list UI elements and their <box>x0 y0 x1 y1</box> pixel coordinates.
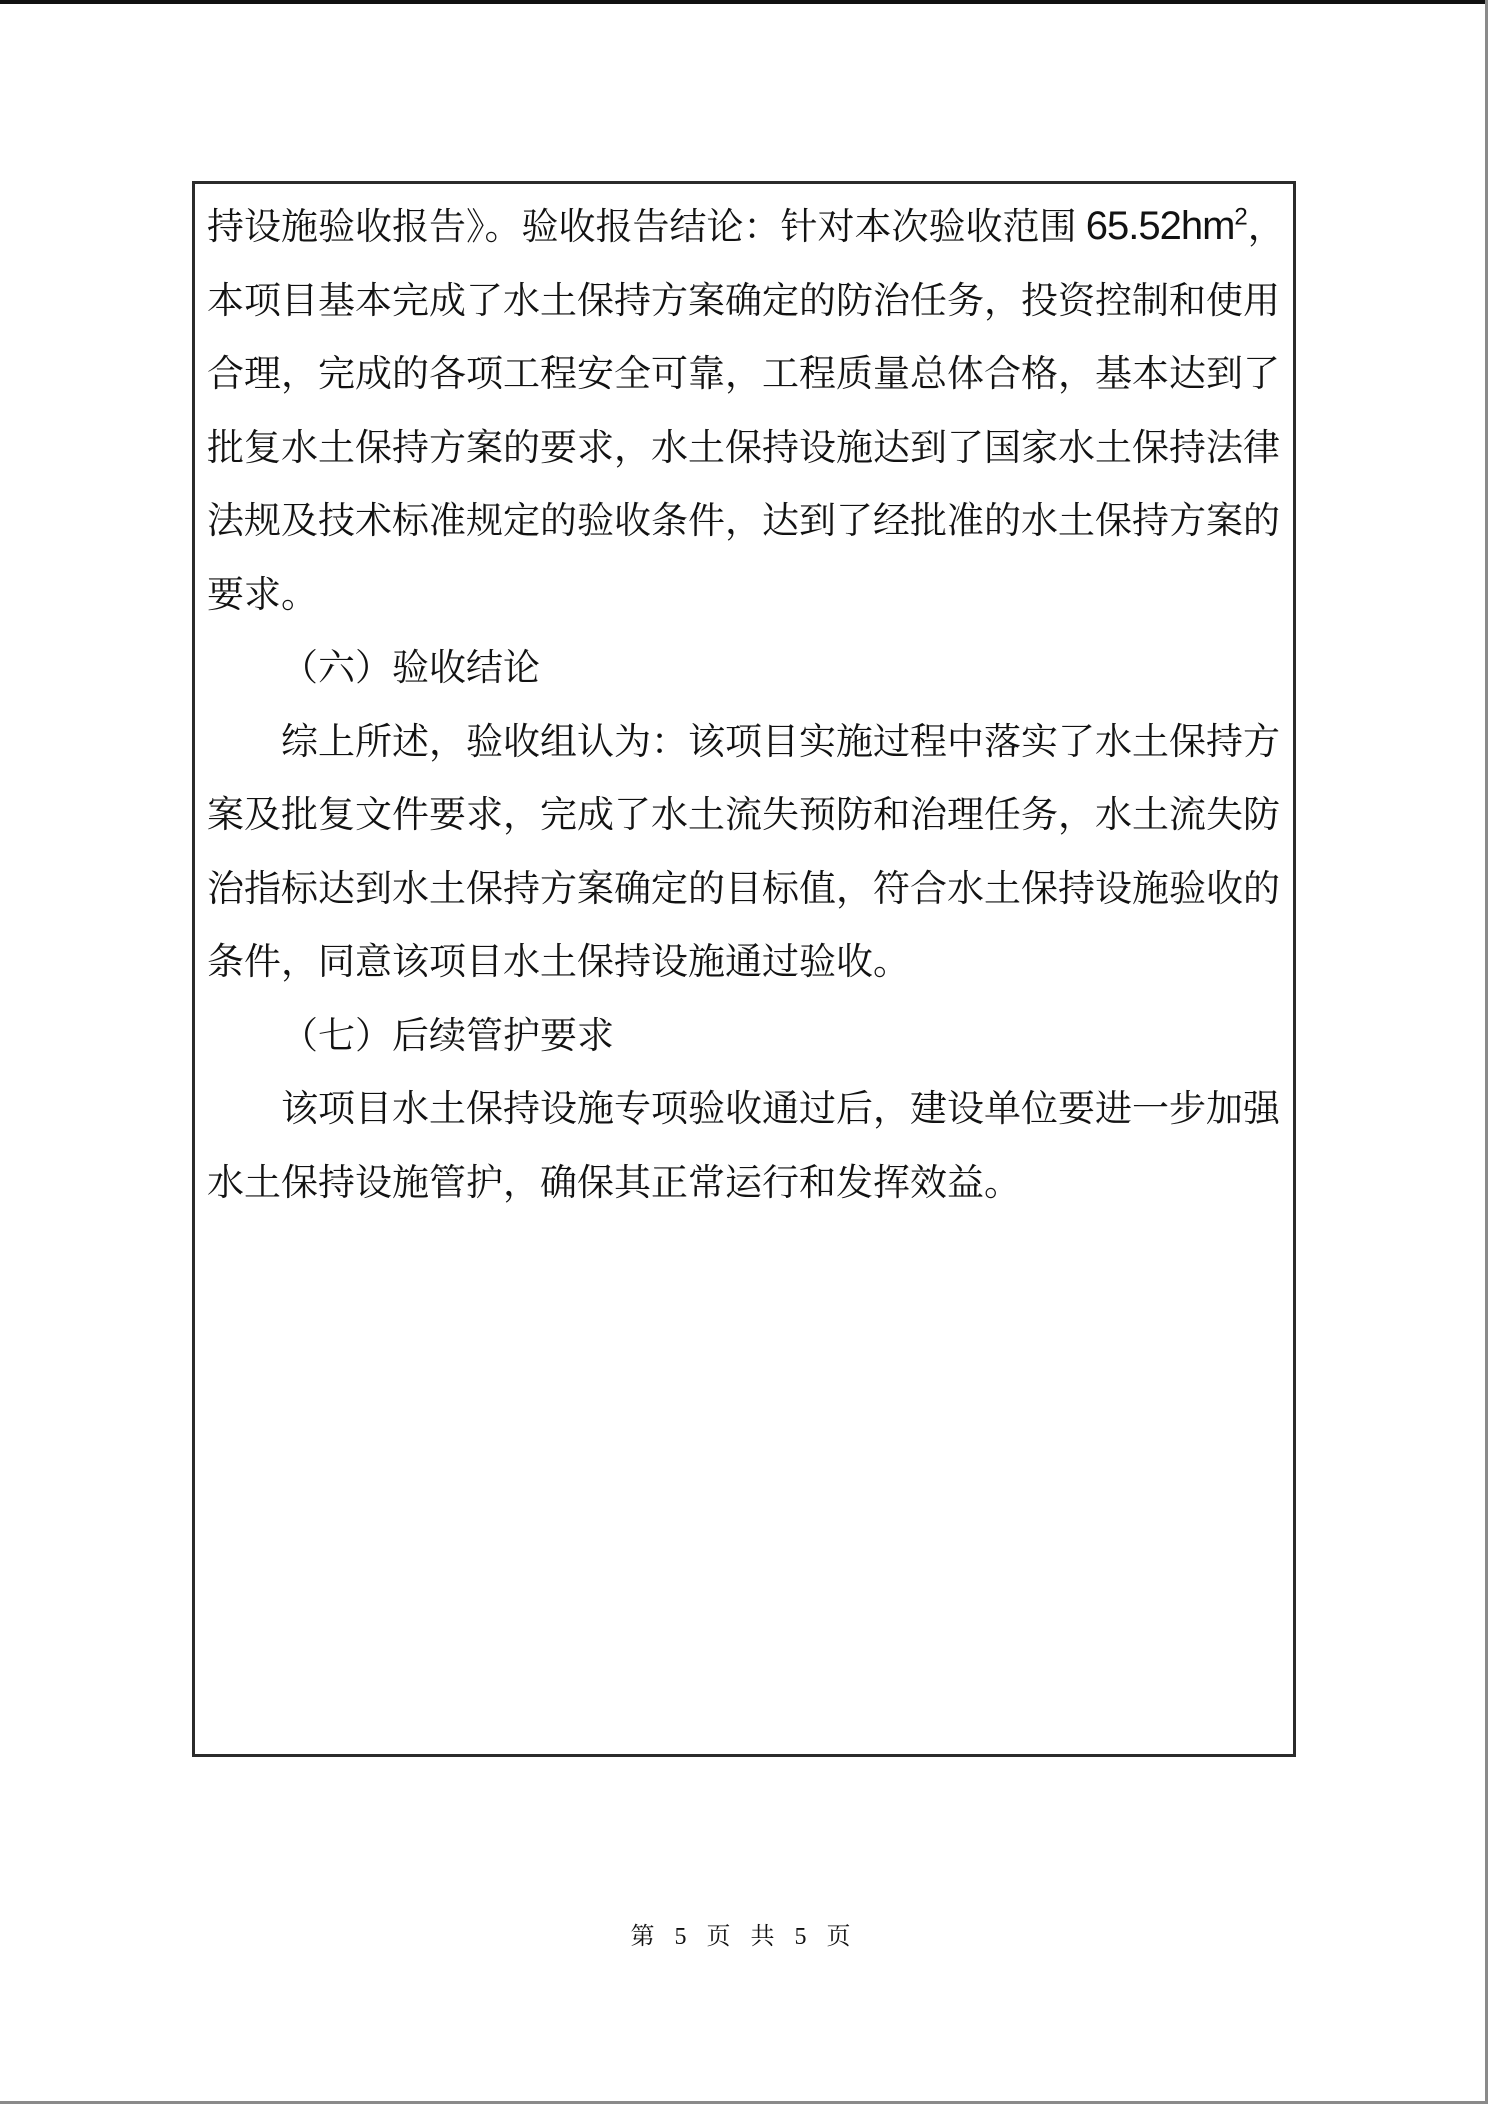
document-page: 持设施验收报告》。验收报告结论：针对本次验收范围 65.52hm2， 本项目基本… <box>0 0 1488 2104</box>
text-line: 水土保持设施管护，确保其正常运行和发挥效益。 <box>207 1147 1281 1221</box>
text-line: 条件，同意该项目水土保持设施通过验收。 <box>207 926 1281 1000</box>
text-line: 治指标达到水土保持方案确定的目标值，符合水土保持设施验收的 <box>207 853 1281 927</box>
text-line: 合理，完成的各项工程安全可靠，工程质量总体合格，基本达到了 <box>207 338 1281 412</box>
text-line: 法规及技术标准规定的验收条件，达到了经批准的水土保持方案的 <box>207 485 1281 559</box>
paragraph-lines: 本项目基本完成了水土保持方案确定的防治任务，投资控制和使用合理，完成的各项工程安… <box>207 265 1281 1221</box>
page-number-footer: 第 5 页 共 5 页 <box>0 1916 1488 1951</box>
text-line: 综上所述，验收组认为：该项目实施过程中落实了水土保持方 <box>207 706 1281 780</box>
text-line: 要求。 <box>207 559 1281 633</box>
text-line: 案及批复文件要求，完成了水土流失预防和治理任务，水土流失防 <box>207 779 1281 853</box>
line1-text-after: ， <box>1248 207 1285 248</box>
text-line: 持设施验收报告》。验收报告结论：针对本次验收范围 65.52hm2， <box>207 190 1281 265</box>
scan-edge-top <box>0 0 1488 4</box>
text-line: 该项目水土保持设施专项验收通过后，建设单位要进一步加强 <box>207 1073 1281 1147</box>
text-line: 批复水土保持方案的要求，水土保持设施达到了国家水土保持法律 <box>207 412 1281 486</box>
text-line: 本项目基本完成了水土保持方案确定的防治任务，投资控制和使用 <box>207 265 1281 339</box>
content-table-cell: 持设施验收报告》。验收报告结论：针对本次验收范围 65.52hm2， 本项目基本… <box>192 181 1296 1757</box>
area-measurement: 65.52hm2 <box>1086 204 1248 248</box>
text-line: （六）验收结论 <box>207 632 1281 706</box>
text-line: （七）后续管护要求 <box>207 1000 1281 1074</box>
line1-text-before: 持设施验收报告》。验收报告结论：针对本次验收范围 <box>207 207 1086 248</box>
superscript-2: 2 <box>1234 204 1247 231</box>
